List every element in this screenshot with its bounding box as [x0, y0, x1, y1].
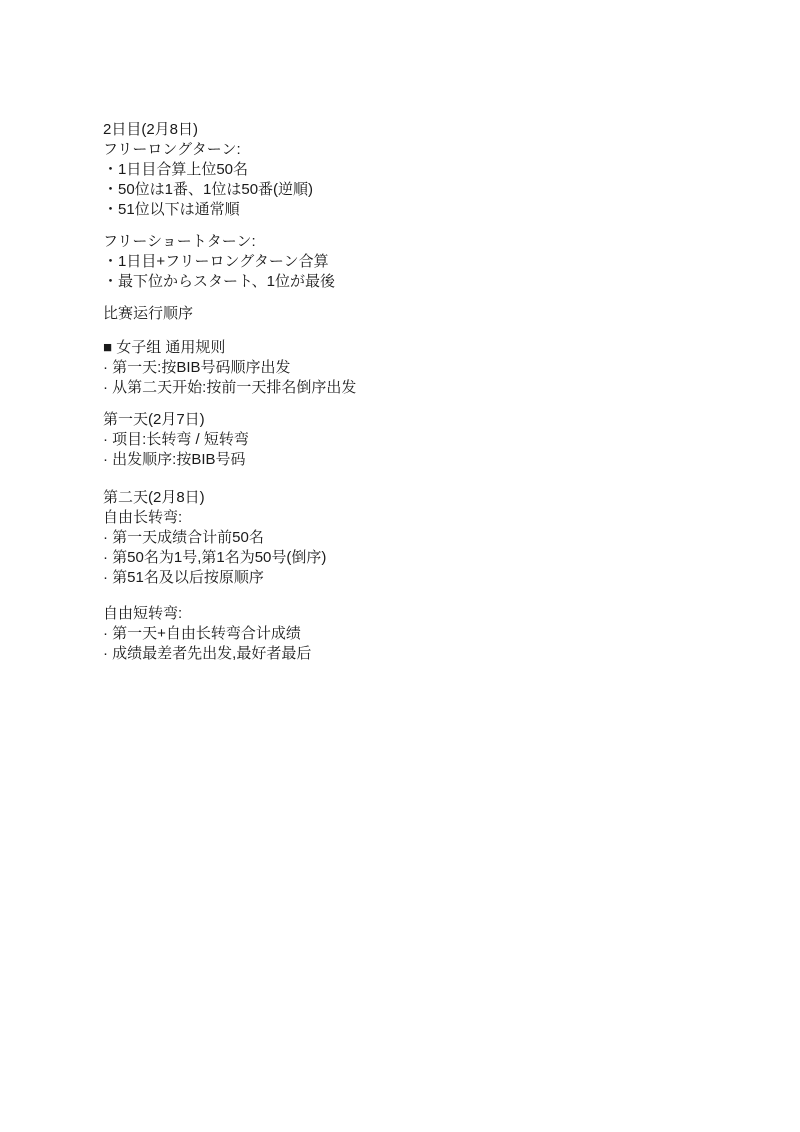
section-day1-zh: 第一天(2月7日) · 项目:长转弯 / 短转弯 · 出发顺序:按BIB号码	[103, 410, 723, 470]
text-line: 2日目(2月8日)	[103, 120, 723, 140]
text-line: · 第一天成绩合计前50名	[103, 528, 723, 548]
text-line: · 第51名及以后按原顺序	[103, 568, 723, 588]
text-line: 自由长转弯:	[103, 508, 723, 528]
text-line: ・1日目合算上位50名	[103, 160, 723, 180]
section-free-short-turn-ja: フリーショートターン: ・1日目+フリーロングターン合算 ・最下位からスタート、…	[103, 232, 723, 292]
section-free-short-turn-zh: 自由短转弯: · 第一天+自由长转弯合计成绩 · 成绩最差者先出发,最好者最后	[103, 604, 723, 664]
text-line: ・最下位からスタート、1位が最後	[103, 272, 723, 292]
text-line: · 成绩最差者先出发,最好者最后	[103, 644, 723, 664]
text-line: フリーショートターン:	[103, 232, 723, 252]
section-day2-free-long-turn-zh: 第二天(2月8日) 自由长转弯: · 第一天成绩合计前50名 · 第50名为1号…	[103, 488, 723, 588]
text-line: · 出发顺序:按BIB号码	[103, 450, 723, 470]
section-heading-zh: 比赛运行顺序	[103, 304, 723, 324]
text-line: 第二天(2月8日)	[103, 488, 723, 508]
section-women-group-rules-zh: ■ 女子组 通用规则 · 第一天:按BIB号码顺序出发 · 从第二天开始:按前一…	[103, 338, 723, 398]
text-line: · 项目:长转弯 / 短转弯	[103, 430, 723, 450]
section-heading-text: 比赛运行顺序	[103, 304, 723, 324]
document-page: 2日目(2月8日) フリーロングターン: ・1日目合算上位50名 ・50位は1番…	[0, 0, 800, 1132]
text-line: 自由短转弯:	[103, 604, 723, 624]
subsection-heading-text: ■ 女子组 通用规则	[103, 338, 723, 358]
section-day2-free-long-turn-ja: 2日目(2月8日) フリーロングターン: ・1日目合算上位50名 ・50位は1番…	[103, 120, 723, 220]
text-line: · 第一天+自由长转弯合计成绩	[103, 624, 723, 644]
text-line: · 第50名为1号,第1名为50号(倒序)	[103, 548, 723, 568]
text-line: ・51位以下は通常順	[103, 200, 723, 220]
text-line: · 从第二天开始:按前一天排名倒序出发	[103, 378, 723, 398]
text-line: · 第一天:按BIB号码顺序出发	[103, 358, 723, 378]
text-line: ・50位は1番、1位は50番(逆順)	[103, 180, 723, 200]
text-line: 第一天(2月7日)	[103, 410, 723, 430]
text-line: ・1日目+フリーロングターン合算	[103, 252, 723, 272]
text-line: フリーロングターン:	[103, 140, 723, 160]
